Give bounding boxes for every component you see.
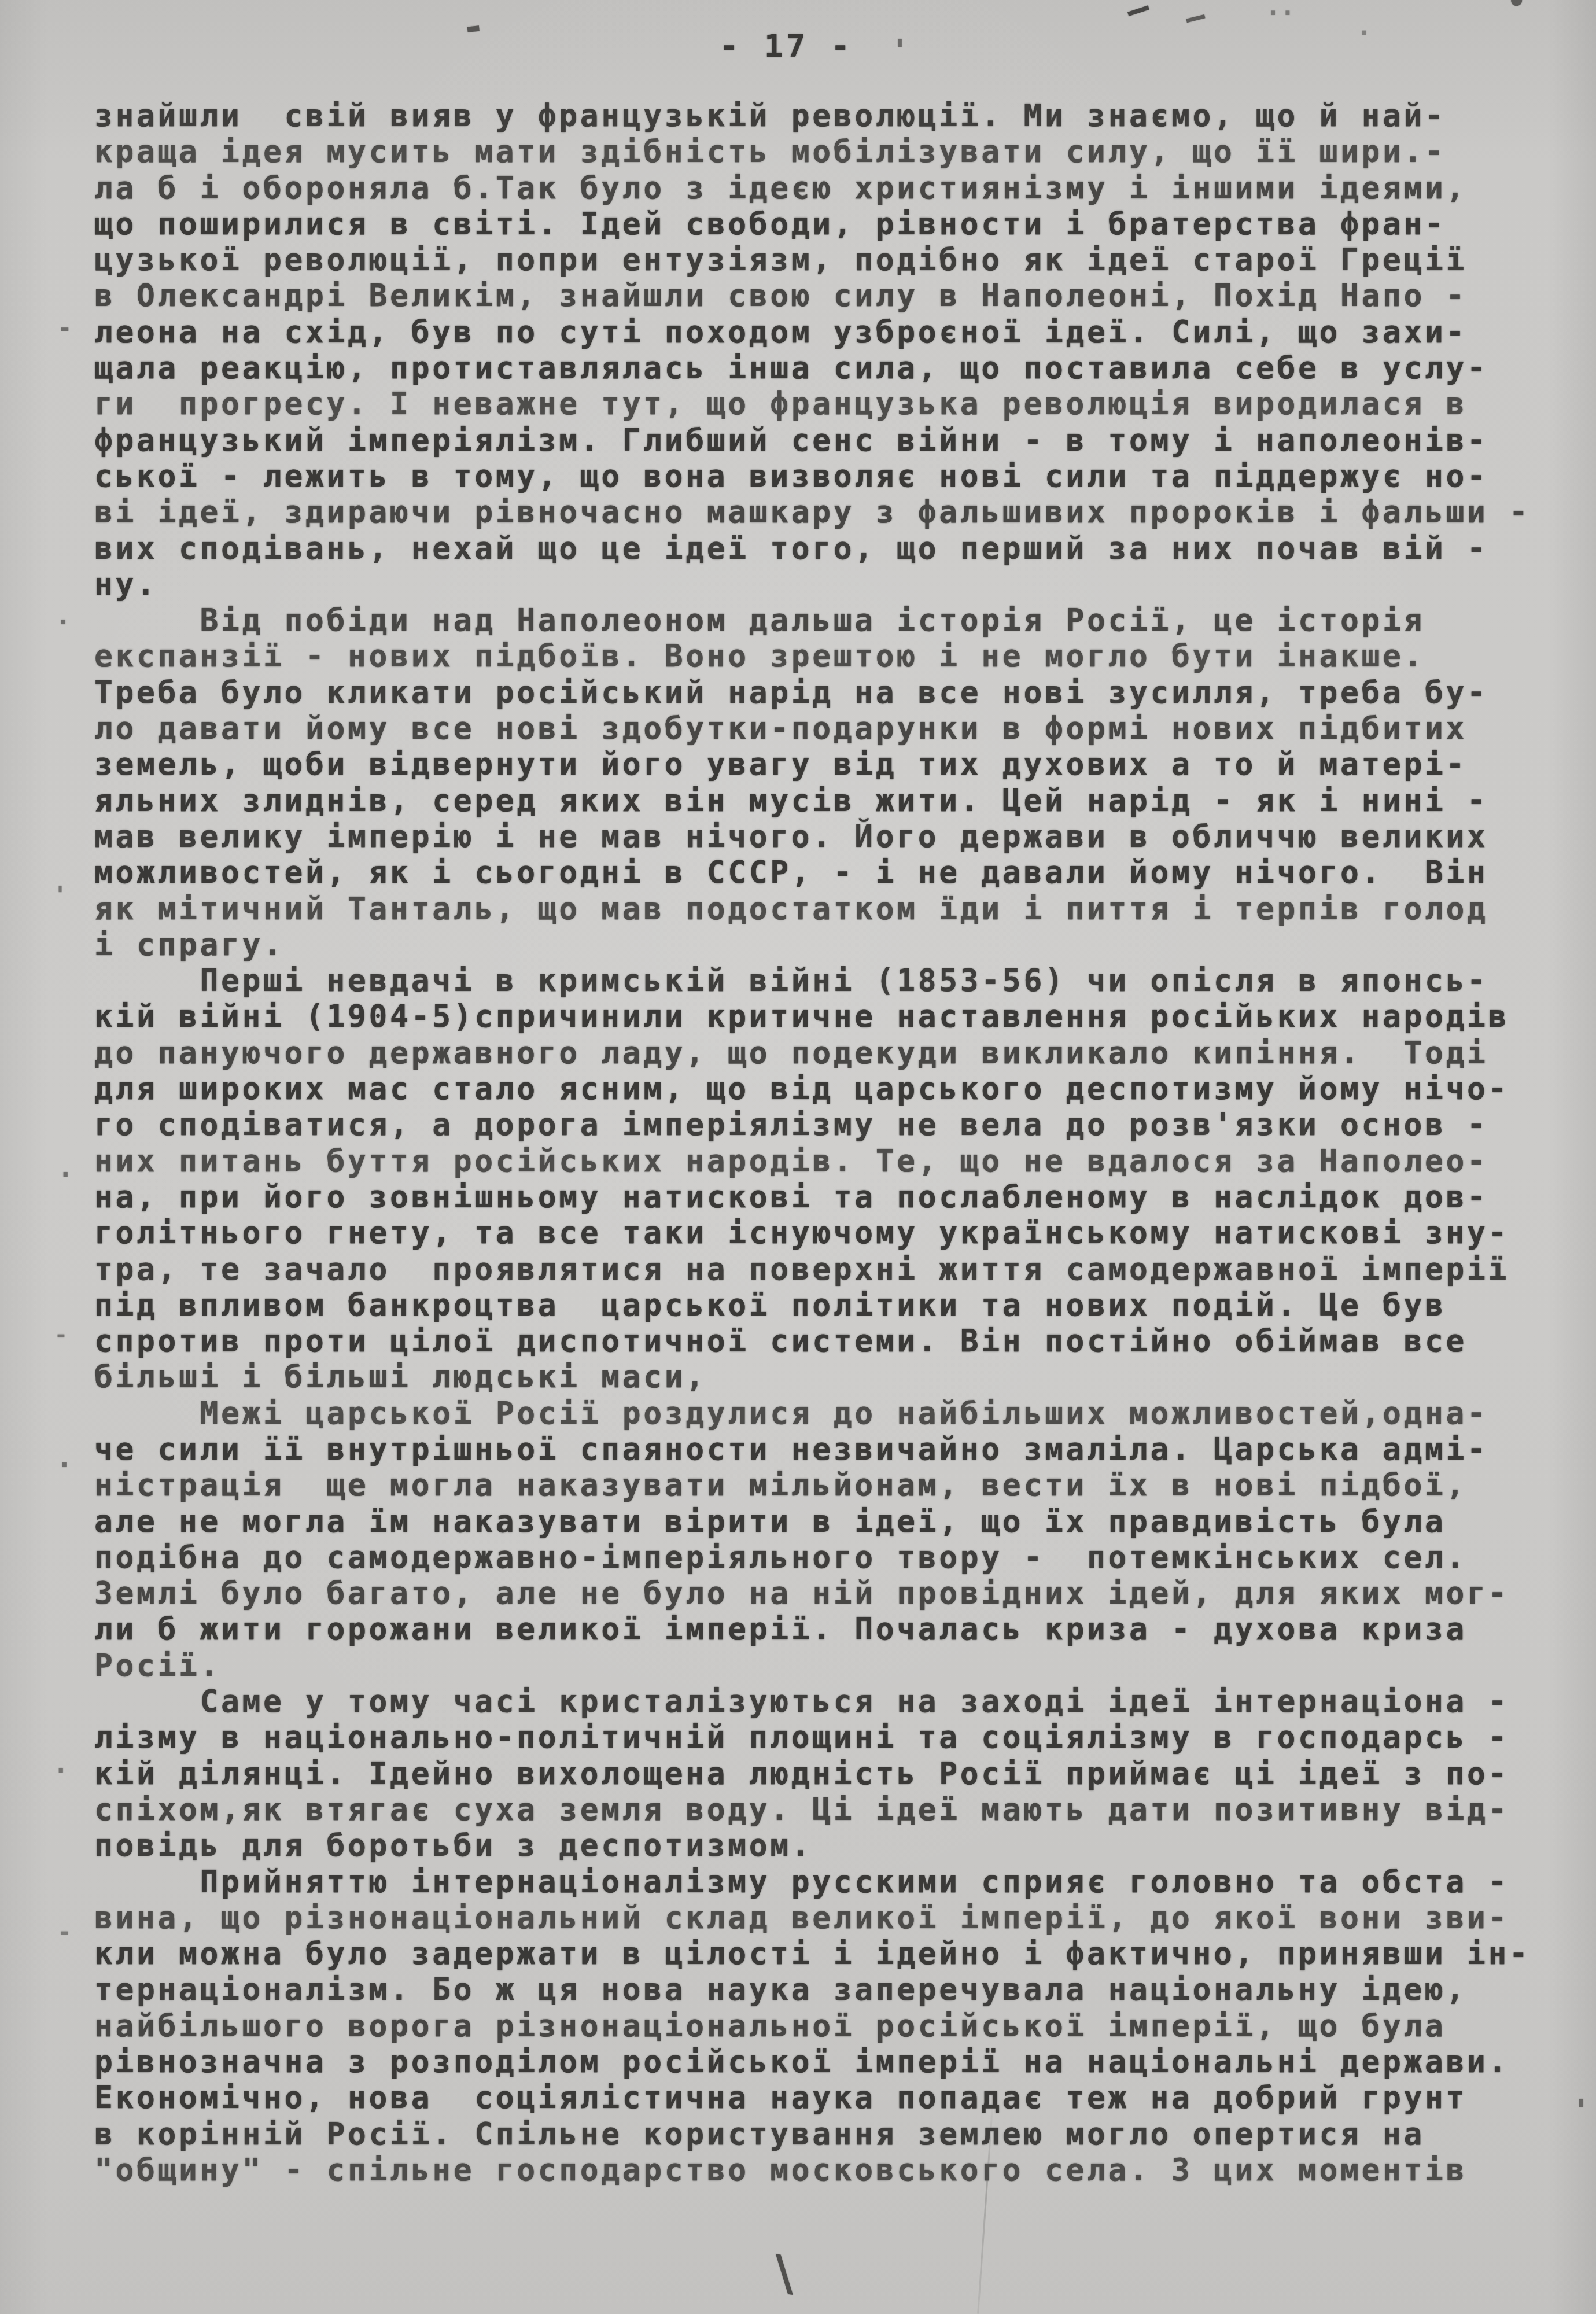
ink-artifact: - xyxy=(58,317,72,340)
ink-artifact: \ xyxy=(768,2249,802,2298)
ink-artifact: · xyxy=(57,1453,72,1479)
text-line: че сили її внутрішньої спаяности незвича… xyxy=(94,1432,1596,1468)
text-line: Економічно, нова соціялістична наука поп… xyxy=(94,2080,1596,2116)
text-line: для широких мас стало ясним, що від царс… xyxy=(94,1071,1596,1107)
text-line: вих сподівань, нехай що це ідеї того, що… xyxy=(94,531,1596,567)
page-lines: знайшли свій вияв у французькій революці… xyxy=(94,98,1596,2188)
ink-artifact: ·· xyxy=(1266,1,1295,25)
text-line: під впливом банкроцтва царської політики… xyxy=(94,1288,1596,1324)
ink-artifact: · xyxy=(1357,22,1371,45)
text-line: в Олександрі Великім, знайшли свою силу … xyxy=(94,278,1596,314)
text-line: кій війні (1904-5)спричинили критичне на… xyxy=(94,999,1596,1035)
ink-artifact: · xyxy=(58,1163,73,1188)
text-line: тра, те зачало проявлятися на поверхні ж… xyxy=(94,1252,1596,1288)
ink-artifact: - xyxy=(1569,2095,1596,2111)
text-line: "общину" - спільне господарство московсь… xyxy=(94,2153,1596,2188)
text-line: Землі було багато, але не було на ній пр… xyxy=(94,1576,1596,1612)
document-page: { "page": { "number_label": "- 17 -", "l… xyxy=(0,0,1596,2314)
text-line: краща ідея мусить мати здібність мобіліз… xyxy=(94,134,1596,170)
text-line: леона на схід, був по суті походом узбро… xyxy=(94,315,1596,351)
ink-artifact: ' xyxy=(53,884,67,907)
text-line: спротив проти цілої диспотичної системи.… xyxy=(94,1324,1596,1359)
text-line: Прийняттю інтернаціоналізму русскими спр… xyxy=(94,1865,1596,1900)
text-line: рівнозначна з розподілом російської імпе… xyxy=(94,2044,1596,2080)
text-line: до пануючого державного ладу, що подекуд… xyxy=(94,1036,1596,1071)
text-line: тернаціоналізм. Бо ж ця нова наука запер… xyxy=(94,1972,1596,2008)
text-line: ської - лежить в тому, що вона визволяє … xyxy=(94,459,1596,495)
text-line: ну. xyxy=(94,567,1596,603)
text-line: подібна до самодержавно-імперіяльного тв… xyxy=(94,1540,1596,1576)
text-line: Росії. xyxy=(94,1648,1596,1684)
text-line: повідь для боротьби з деспотизмом. xyxy=(94,1828,1596,1864)
text-line: Межі царської Росії роздулися до найбіль… xyxy=(94,1396,1596,1432)
ink-artifact: · xyxy=(53,1759,69,1784)
text-line: найбільшого ворога різнонаціональної рос… xyxy=(94,2009,1596,2044)
text-line: ла б і обороняла б.Так було з ідеєю хрис… xyxy=(94,171,1596,207)
text-line: голітнього гнету, та все таки існуючому … xyxy=(94,1215,1596,1251)
text-line: Саме у тому часі кристалізуються на захо… xyxy=(94,1684,1596,1720)
ink-artifact: - xyxy=(54,1324,68,1346)
text-line: Треба було кликати російський нарід на в… xyxy=(94,675,1596,711)
text-line: можливостей, як і сьогодні в СССР, - і н… xyxy=(94,855,1596,891)
text-line: го сподіватися, а дорога імперіялізму не… xyxy=(94,1107,1596,1143)
text-line: Перші невдачі в кримській війні (1853-56… xyxy=(94,963,1596,999)
ink-artifact: — xyxy=(1122,0,1153,29)
ink-artifact: – xyxy=(1182,0,1208,34)
ink-artifact: - xyxy=(460,7,486,47)
text-line: французький імперіялізм. Глибший сенс ві… xyxy=(94,423,1596,459)
text-line: кій ділянці. Ідейно вихолощена людність … xyxy=(94,1756,1596,1792)
text-line: цузької революції, попри ентузіязм, поді… xyxy=(94,242,1596,278)
text-line: них питань буття російських народів. Те,… xyxy=(94,1144,1596,1180)
ink-artifact: · xyxy=(56,610,71,636)
text-line: знайшли свій вияв у французькій революці… xyxy=(94,98,1596,134)
text-line: і спрагу. xyxy=(94,927,1596,963)
text-line: як мітичний Танталь, що мав подостатком … xyxy=(94,891,1596,927)
text-line: ло давати йому все нові здобутки-подарун… xyxy=(94,711,1596,747)
text-line: спіхом,як втягає суха земля воду. Ці іде… xyxy=(94,1792,1596,1828)
text-line: ністрація ще могла наказувати мільйонам,… xyxy=(94,1468,1596,1504)
text-line: але не могла їм наказувати вірити в ідеї… xyxy=(94,1504,1596,1540)
ink-artifact: ● xyxy=(1511,0,1522,8)
page-number: - 17 - xyxy=(720,28,853,64)
text-line: яльних злиднів, серед яких він мусів жит… xyxy=(94,783,1596,819)
text-line: вина, що різнонаціональний склад великої… xyxy=(94,1900,1596,1936)
ink-artifact: ' xyxy=(891,36,909,66)
text-line: в корінній Росії. Спільне користування з… xyxy=(94,2117,1596,2153)
text-line: мав велику імперію і не мав нічого. Його… xyxy=(94,819,1596,855)
text-line: що поширилися в світі. Ідей свободи, рів… xyxy=(94,207,1596,242)
text-line: щала реакцію, протиставлялась інша сила,… xyxy=(94,351,1596,386)
text-line: ги прогресу. І неважне тут, що французьк… xyxy=(94,386,1596,422)
text-line: експанзії - нових підбоїв. Воно зрештою … xyxy=(94,639,1596,675)
text-line: ли б жити горожани великої імперії. Поча… xyxy=(94,1612,1596,1648)
text-line: Від побіди над Наполеоном дальша історія… xyxy=(94,603,1596,639)
ink-artifact: - xyxy=(58,1921,71,1943)
text-line: ві ідеї, здираючи рівночасно машкару з ф… xyxy=(94,495,1596,530)
text-line: кли можна було задержати в цілості і іде… xyxy=(94,1936,1596,1972)
text-line: на, при його зовнішньому натискові та по… xyxy=(94,1180,1596,1215)
text-line: більші і більші людські маси, xyxy=(94,1359,1596,1395)
text-line: лізму в національно-політичній площині т… xyxy=(94,1720,1596,1756)
text-line: земель, щоби відвернути його увагу від т… xyxy=(94,747,1596,783)
